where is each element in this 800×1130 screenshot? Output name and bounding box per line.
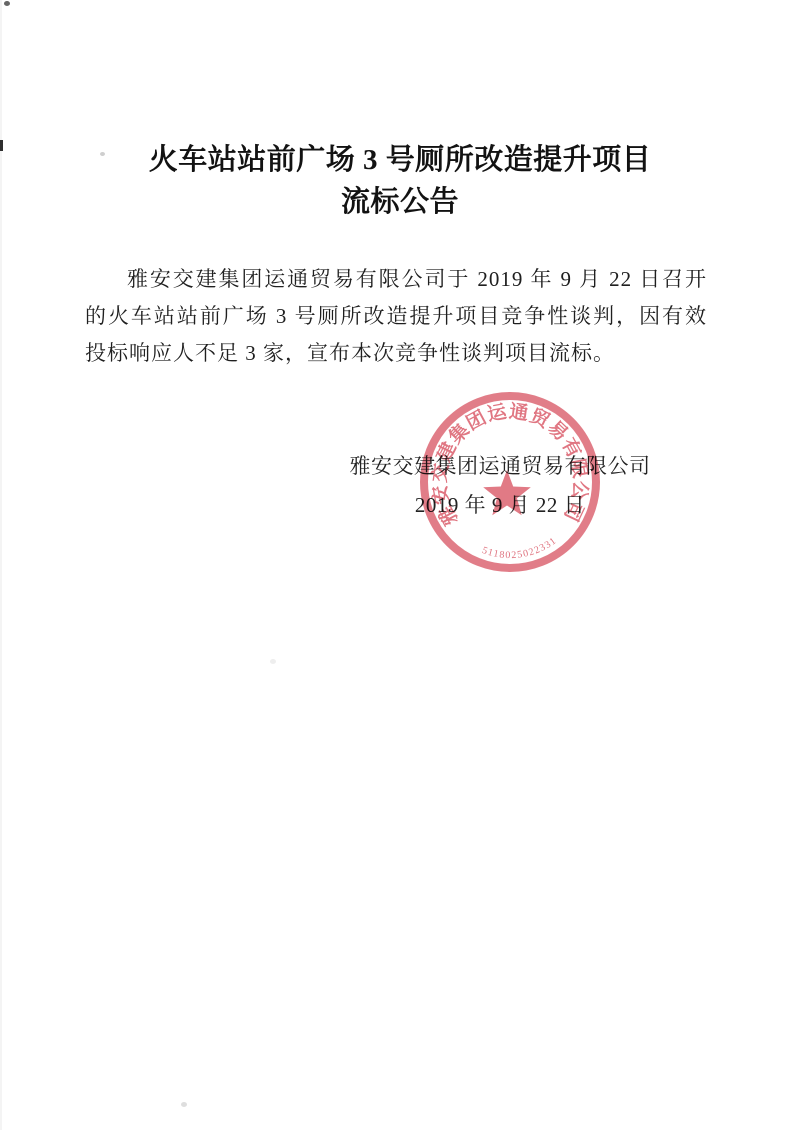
title-line-1: 火车站站前广场 3 号厕所改造提升项目 — [0, 139, 800, 181]
body-line: 投标响应人不足 3 家，宣布本次竞争性谈判项目流标。 — [85, 335, 707, 372]
scan-artifact — [181, 1102, 187, 1107]
scan-artifact — [270, 659, 276, 664]
body-line: 雅安交建集团运通贸易有限公司于 2019 年 9 月 22 日召开 — [85, 261, 707, 298]
body-line: 的火车站站前广场 3 号厕所改造提升项目竞争性谈判，因有效 — [85, 298, 707, 335]
announcement-body: 雅安交建集团运通贸易有限公司于 2019 年 9 月 22 日召开 的火车站站前… — [85, 261, 707, 372]
scan-artifact — [4, 1, 10, 6]
official-seal-stamp: 雅安交建集团运通贸易有限公司 5118025022331 — [404, 377, 616, 589]
title-line-2: 流标公告 — [0, 181, 800, 223]
document-title: 火车站站前广场 3 号厕所改造提升项目 流标公告 — [0, 139, 800, 223]
document-page: 火车站站前广场 3 号厕所改造提升项目 流标公告 雅安交建集团运通贸易有限公司于… — [0, 0, 800, 1130]
seal-star-icon — [483, 470, 531, 515]
